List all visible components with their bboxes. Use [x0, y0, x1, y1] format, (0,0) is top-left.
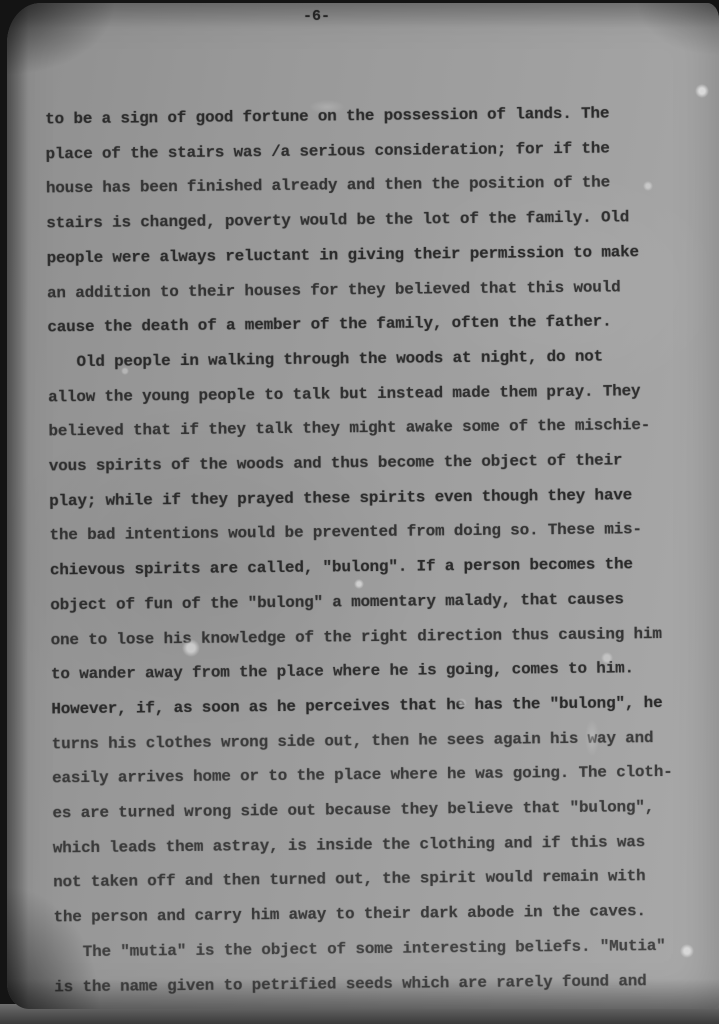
page-number: -6-	[303, 8, 330, 25]
text-line: is the name given to petrified seeds whi…	[54, 963, 710, 1005]
text-line: stairs is changed, poverty would be the …	[46, 200, 702, 242]
text-line: vous spirits of the woods and thus becom…	[49, 443, 705, 485]
page-body-text: to be a sign of good fortune on the poss…	[45, 96, 710, 1005]
text-line: the bad intentions would be prevented fr…	[49, 512, 705, 554]
paragraph: The "mutia" is the object of some intere…	[54, 928, 711, 1004]
scanned-document-photo: -6- to be a sign of good fortune on the …	[0, 0, 719, 1024]
paragraph: Old people in walking through the woods …	[48, 338, 710, 935]
text-line: cause the death of a member of the famil…	[47, 304, 703, 346]
document-page: -6- to be a sign of good fortune on the …	[7, 3, 719, 1009]
text-line: to wander away from the place where he i…	[51, 651, 707, 693]
text-line: an addition to their houses for they bel…	[47, 269, 703, 311]
paragraph: to be a sign of good fortune on the poss…	[45, 96, 704, 346]
